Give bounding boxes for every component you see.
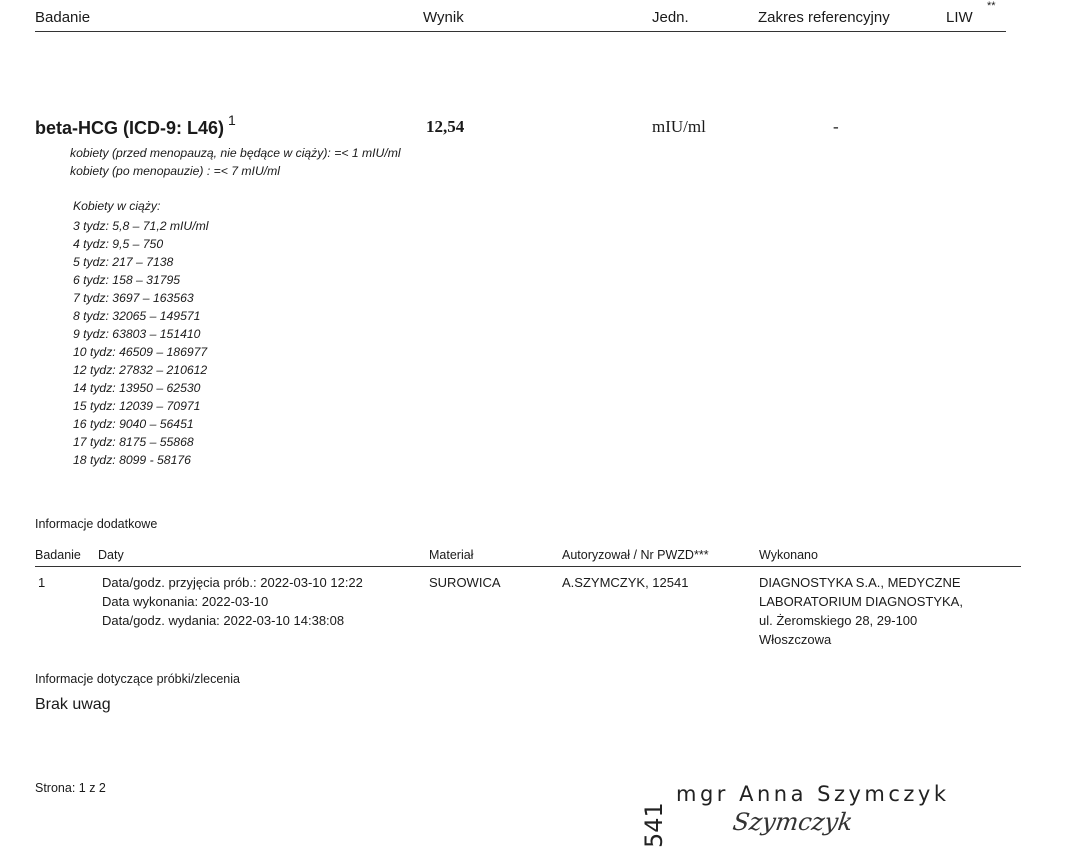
col-badanie: Badanie [35, 548, 81, 562]
additional-info-divider [35, 566, 1021, 567]
signatory-name: mgr Anna Szymczyk [676, 782, 950, 806]
reference-note-premenopause: kobiety (przed menopauzą, nie będące w c… [70, 144, 401, 162]
handwritten-signature: Szymczyk [731, 808, 855, 836]
row-badanie: 1 [38, 573, 45, 592]
pregnancy-range-item: 5 tydz: 217 – 7138 [73, 253, 208, 271]
test-reference-range: - [833, 117, 839, 137]
stamp-number: 541 [640, 802, 668, 847]
date-received: Data/godz. przyjęcia prób.: 2022-03-10 1… [102, 573, 363, 592]
date-issued: Data/godz. wydania: 2022-03-10 14:38:08 [102, 611, 363, 630]
lab-line-2: LABORATORIUM DIAGNOSTYKA, [759, 592, 963, 611]
additional-info-title: Informacje dodatkowe [35, 517, 157, 531]
test-name: beta-HCG (ICD-9: L46)1 [35, 114, 236, 139]
row-wykonano: DIAGNOSTYKA S.A., MEDYCZNE LABORATORIUM … [759, 573, 963, 649]
row-autoryzowal: A.SZYMCZYK, 12541 [562, 573, 688, 592]
pregnancy-range-item: 3 tydz: 5,8 – 71,2 mIU/ml [73, 217, 208, 235]
pregnancy-range-item: 9 tydz: 63803 – 151410 [73, 325, 208, 343]
column-header-liw: LIW [946, 9, 973, 26]
date-performed: Data wykonania: 2022-03-10 [102, 592, 363, 611]
reference-note-postmenopause: kobiety (po menopauzie) : =< 7 mIU/ml [70, 162, 280, 180]
column-header-jedn: Jedn. [652, 9, 689, 26]
pregnancy-range-item: 4 tydz: 9,5 – 750 [73, 235, 208, 253]
pregnancy-range-item: 12 tydz: 27832 – 210612 [73, 361, 208, 379]
header-divider [35, 31, 1006, 32]
page-number: Strona: 1 z 2 [35, 781, 106, 795]
col-material: Materiał [429, 548, 473, 562]
row-material: SUROWICA [429, 573, 501, 592]
pregnancy-range-list: 3 tydz: 5,8 – 71,2 mIU/ml4 tydz: 9,5 – 7… [73, 217, 208, 469]
test-unit: mIU/ml [652, 117, 706, 137]
lab-line-3: ul. Żeromskiego 28, 29-100 [759, 611, 963, 630]
pregnancy-range-item: 16 tydz: 9040 – 56451 [73, 415, 208, 433]
col-daty: Daty [98, 548, 124, 562]
pregnancy-range-item: 17 tydz: 8175 – 55868 [73, 433, 208, 451]
pregnancy-range-item: 6 tydz: 158 – 31795 [73, 271, 208, 289]
pregnancy-heading: Kobiety w ciąży: [73, 197, 160, 215]
pregnancy-range-item: 18 tydz: 8099 - 58176 [73, 451, 208, 469]
column-header-wynik: Wynik [423, 9, 464, 26]
pregnancy-range-item: 8 tydz: 32065 – 149571 [73, 307, 208, 325]
pregnancy-range-item: 14 tydz: 13950 – 62530 [73, 379, 208, 397]
lab-line-4: Włoszczowa [759, 630, 963, 649]
test-name-text: beta-HCG (ICD-9: L46) [35, 118, 224, 138]
row-daty: Data/godz. przyjęcia prób.: 2022-03-10 1… [102, 573, 363, 630]
test-footnote: 1 [228, 112, 236, 128]
sample-info-title: Informacje dotyczące próbki/zlecenia [35, 672, 240, 686]
col-wykonano: Wykonano [759, 548, 818, 562]
column-header-zakres: Zakres referencyjny [758, 9, 890, 26]
test-result: 12,54 [426, 117, 464, 137]
pregnancy-range-item: 10 tydz: 46509 – 186977 [73, 343, 208, 361]
liw-footnote-marker: ** [987, 0, 996, 12]
col-autoryzowal: Autoryzował / Nr PWZD*** [562, 548, 709, 562]
column-header-badanie: Badanie [35, 9, 90, 26]
pregnancy-range-item: 15 tydz: 12039 – 70971 [73, 397, 208, 415]
pregnancy-range-item: 7 tydz: 3697 – 163563 [73, 289, 208, 307]
sample-info-value: Brak uwag [35, 696, 111, 714]
lab-line-1: DIAGNOSTYKA S.A., MEDYCZNE [759, 573, 963, 592]
